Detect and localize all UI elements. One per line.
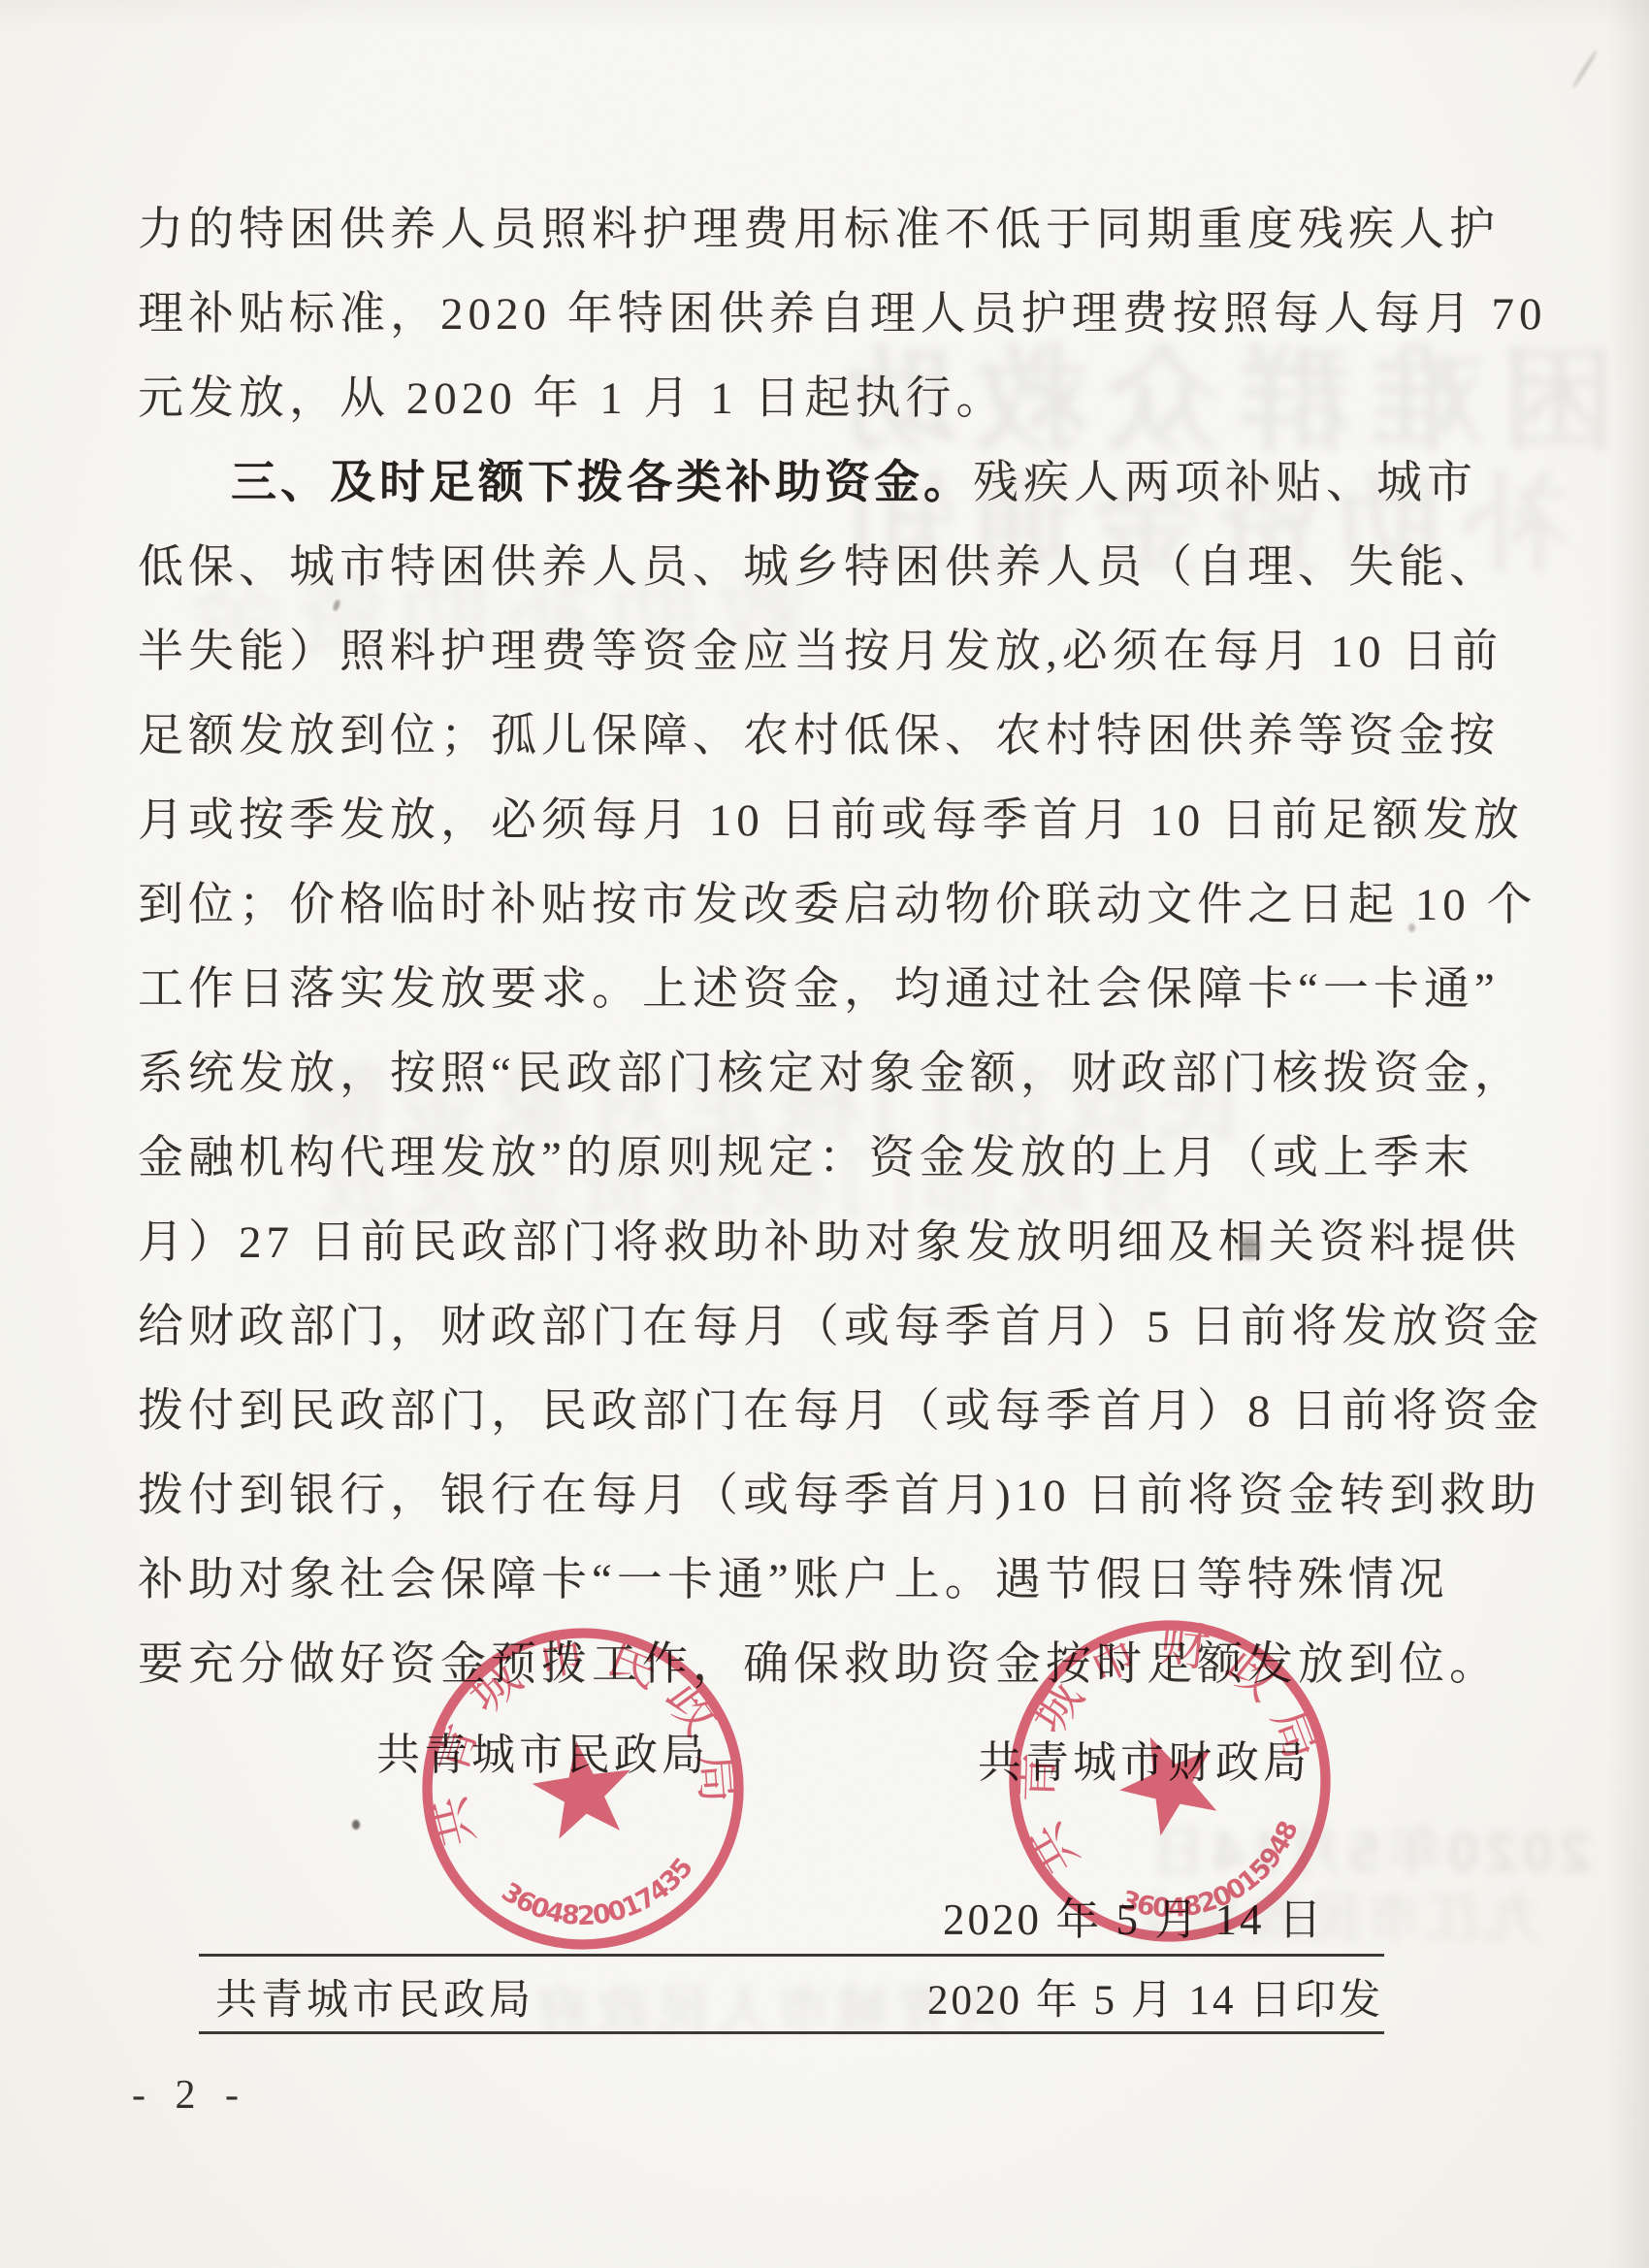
body-run: 拨付到银行，银行在每月（或每季首月)10 日前将资金转到救助: [138, 1471, 1540, 1521]
body-line: 拨付到民政部门，民政部门在每月（或每季首月）8 日前将资金: [138, 1370, 1525, 1454]
body-line: 力的特困供养人员照料护理费用标准不低于同期重度残疾人护: [138, 188, 1525, 273]
body-line: 到位；价格临时补贴按市发改委启动物价联动文件之日起 10 个: [138, 863, 1525, 948]
body-run: 理补贴标准，2020 年特困供养自理人员护理费按照每人每月 70: [138, 289, 1547, 340]
body-run: 拨付到民政部门，民政部门在每月（或每季首月）8 日前将资金: [138, 1386, 1543, 1437]
body-run: 力的特困供养人员照料护理费用标准不低于同期重度残疾人护: [138, 205, 1500, 255]
body-run: 元发放，从 2020 年 1 月 1 日起执行。: [138, 373, 1007, 424]
body-line: 拨付到银行，银行在每月（或每季首月)10 日前将资金转到救助: [138, 1454, 1525, 1539]
body-line: 足额发放到位；孤儿保障、农村低保、农村特困供养等资金按: [138, 695, 1525, 779]
body-run: 半失能）照料护理费等资金应当按月发放,必须在每月 10 日前: [138, 627, 1503, 677]
body-line: 元发放，从 2020 年 1 月 1 日起执行。: [138, 357, 1525, 441]
body-line: 月）27 日前民政部门将救助补助对象发放明细及相关资料提供: [138, 1201, 1525, 1285]
scan-scratch: [1571, 49, 1599, 88]
body-line: 半失能）照料护理费等资金应当按月发放,必须在每月 10 日前: [138, 610, 1525, 695]
footer-issuer: 共青城市民政局: [215, 1967, 534, 2026]
footer-print-date: 2020 年 5 月 14 日印发: [927, 1967, 1383, 2026]
body-run: 月）27 日前民政部门将救助补助对象发放明细及相关资料提供: [138, 1217, 1521, 1268]
body-line: 低保、城市特困供养人员、城乡特困供养人员（自理、失能、: [138, 526, 1525, 610]
scan-speck: [352, 1820, 360, 1830]
body-run: 足额发放到位；孤儿保障、农村低保、农村特困供养等资金按: [138, 711, 1500, 761]
body-line: 系统发放，按照“民政部门核定对象金额，财政部门核拨资金，: [138, 1032, 1525, 1117]
scanned-document-page: 困难群众救助 补助资金通知 救助补助资金 民政部门核定对象金额 财政部门核拨资金…: [0, 0, 1649, 2268]
body-run: 给财政部门，财政部门在每月（或每季首月）5 日前将发放资金: [138, 1302, 1543, 1352]
body-run: 到位；价格临时补贴按市发改委启动物价联动文件之日起 10 个: [138, 880, 1537, 930]
body-run: 工作日落实发放要求。上述资金，均通过社会保障卡“一卡通”: [138, 964, 1500, 1015]
official-seal-civil-affairs: 共青城市民政局 3604820017435: [390, 1596, 776, 1982]
body-line: 三、及时足额下拨各类补助资金。残疾人两项补贴、城市: [138, 441, 1525, 526]
body-line: 理补贴标准，2020 年特困供养自理人员护理费按照每人每月 70: [138, 273, 1525, 357]
body-line: 月或按季发放，必须每月 10 日前或每季首月 10 日前足额发放: [138, 779, 1525, 863]
body-run: 月或按季发放，必须每月 10 日前或每季首月 10 日前足额发放: [138, 795, 1524, 846]
footer-rule-top: [199, 1954, 1384, 1957]
body-run: 金融机构代理发放”的原则规定：资金发放的上月（或上季末: [138, 1133, 1474, 1183]
body-line: 金融机构代理发放”的原则规定：资金发放的上月（或上季末: [138, 1117, 1525, 1201]
footer-rule-bottom: [199, 2031, 1384, 2034]
body-line: 补助对象社会保障卡“一卡通”账户上。遇节假日等特殊情况: [138, 1539, 1525, 1623]
body-run: 低保、城市特困供养人员、城乡特困供养人员（自理、失能、: [138, 542, 1500, 593]
body-line: 工作日落实发放要求。上述资金，均通过社会保障卡“一卡通”: [138, 948, 1525, 1032]
seal-star-icon: [527, 1734, 638, 1842]
body-run-bold: 三、及时足额下拨各类补助资金。: [231, 458, 973, 508]
page-number: - 2 -: [132, 2072, 248, 2119]
body-line: 给财政部门，财政部门在每月（或每季首月）5 日前将发放资金: [138, 1285, 1525, 1370]
body-run: 残疾人两项补贴、城市: [973, 458, 1477, 508]
seal-star-icon: [1105, 1717, 1234, 1844]
document-body: 力的特困供养人员照料护理费用标准不低于同期重度残疾人护理补贴标准，2020 年特…: [138, 188, 1525, 1707]
body-run: 系统发放，按照“民政部门核定对象金额，财政部门核拨资金，: [138, 1049, 1525, 1099]
